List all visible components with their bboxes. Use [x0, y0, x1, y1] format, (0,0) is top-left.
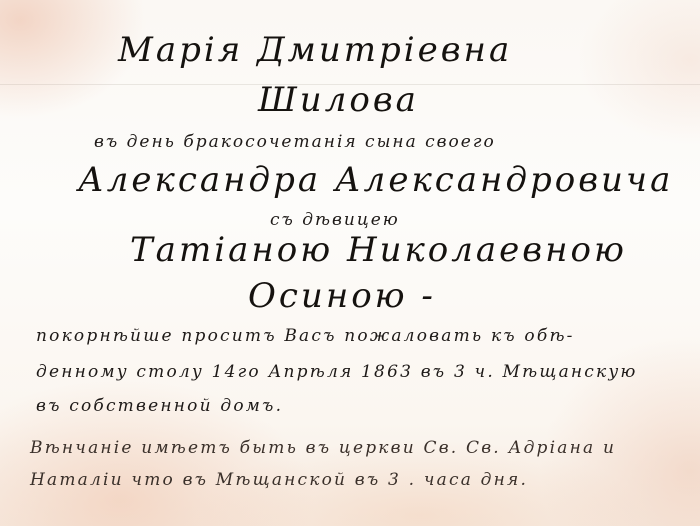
request-line-2: денному столу 14го Апрѣля 1863 въ 3 ч. М… [36, 362, 638, 382]
request-line-1: покорнѣйше проситъ Васъ пожаловать къ об… [36, 326, 575, 346]
bride-surname: Осиною - [248, 276, 436, 316]
request-line-3: въ собственной домъ. [36, 396, 283, 416]
bride-name: Татіаною Николаевною [130, 230, 627, 270]
groom-name: Александра Александровича [78, 160, 673, 200]
occasion-line: въ день бракосочетанія сына своего [94, 132, 496, 152]
with-maiden-line: съ дѣвицею [270, 210, 400, 230]
host-surname: Шилова [258, 80, 419, 120]
ceremony-line-2: Наталіи что въ Мѣщанской въ 3 . часа дня… [30, 470, 528, 490]
host-name: Марія Дмитріевна [118, 30, 512, 70]
ceremony-line-1: Вѣнчаніе имѣетъ быть въ церкви Св. Св. А… [30, 438, 616, 458]
